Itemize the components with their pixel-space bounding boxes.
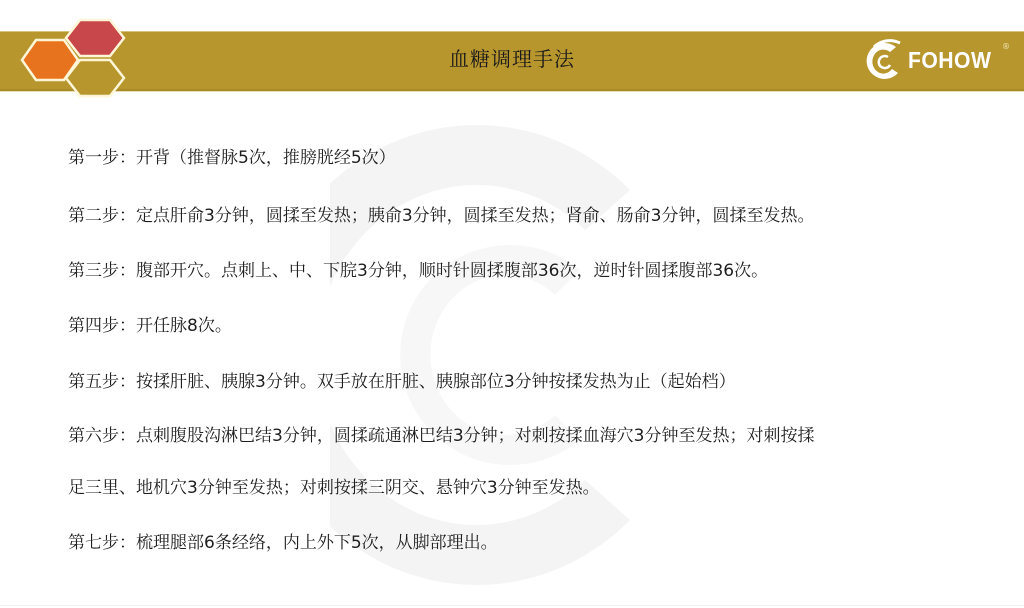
step-4: 第四步：开任脉8次。 [68, 314, 232, 338]
registered-mark: ® [1002, 42, 1010, 51]
step-text-continuation: 足三里、地机穴3分钟至发热；对刺按揉三阴交、悬钟穴3分钟至发热。 [68, 478, 600, 498]
step-text: 梳理腿部6条经络，内上外下5次，从脚部理出。 [136, 533, 498, 553]
brand-logo: FOHOW ® [860, 36, 1010, 84]
step-2: 第二步：定点肝俞3分钟，圆揉至发热；胰俞3分钟，圆揉至发热；肾俞、肠俞3分钟，圆… [68, 204, 814, 228]
swirl-c-icon [860, 39, 906, 81]
step-label: 第三步： [68, 261, 136, 281]
step-label: 第七步： [68, 533, 136, 553]
brand-name: FOHOW [908, 47, 991, 74]
step-label: 第五步： [68, 372, 136, 392]
step-label: 第六步： [68, 426, 136, 446]
step-1: 第一步：开背（推督脉5次，推膀胱经5次） [68, 146, 396, 170]
step-7: 第七步：梳理腿部6条经络，内上外下5次，从脚部理出。 [68, 531, 498, 555]
step-text: 按揉肝脏、胰腺3分钟。双手放在肝脏、胰腺部位3分钟按揉发热为止（起始档） [136, 372, 736, 392]
step-label: 第四步： [68, 316, 136, 336]
step-label: 第二步： [68, 206, 136, 226]
step-text: 点刺腹股沟淋巴结3分钟，圆揉疏通淋巴结3分钟；对刺按揉血海穴3分钟至发热；对刺按… [136, 426, 814, 446]
step-text: 开背（推督脉5次，推膀胱经5次） [136, 148, 396, 168]
step-text: 开任脉8次。 [136, 316, 232, 336]
step-text: 定点肝俞3分钟，圆揉至发热；胰俞3分钟，圆揉至发热；肾俞、肠俞3分钟，圆揉至发热… [136, 206, 814, 226]
step-3: 第三步：腹部开穴。点刺上、中、下脘3分钟，顺时针圆揉腹部36次，逆时针圆揉腹部3… [68, 259, 768, 283]
step-label: 第一步： [68, 148, 136, 168]
step-text: 腹部开穴。点刺上、中、下脘3分钟，顺时针圆揉腹部36次，逆时针圆揉腹部36次。 [136, 261, 768, 281]
step-6-continuation: 足三里、地机穴3分钟至发热；对刺按揉三阴交、悬钟穴3分钟至发热。 [68, 476, 600, 500]
footer-divider [0, 605, 1024, 606]
watermark-logo-icon [330, 120, 690, 590]
step-5: 第五步：按揉肝脏、胰腺3分钟。双手放在肝脏、胰腺部位3分钟按揉发热为止（起始档） [68, 370, 736, 394]
step-6: 第六步：点刺腹股沟淋巴结3分钟，圆揉疏通淋巴结3分钟；对刺按揉血海穴3分钟至发热… [68, 424, 814, 448]
